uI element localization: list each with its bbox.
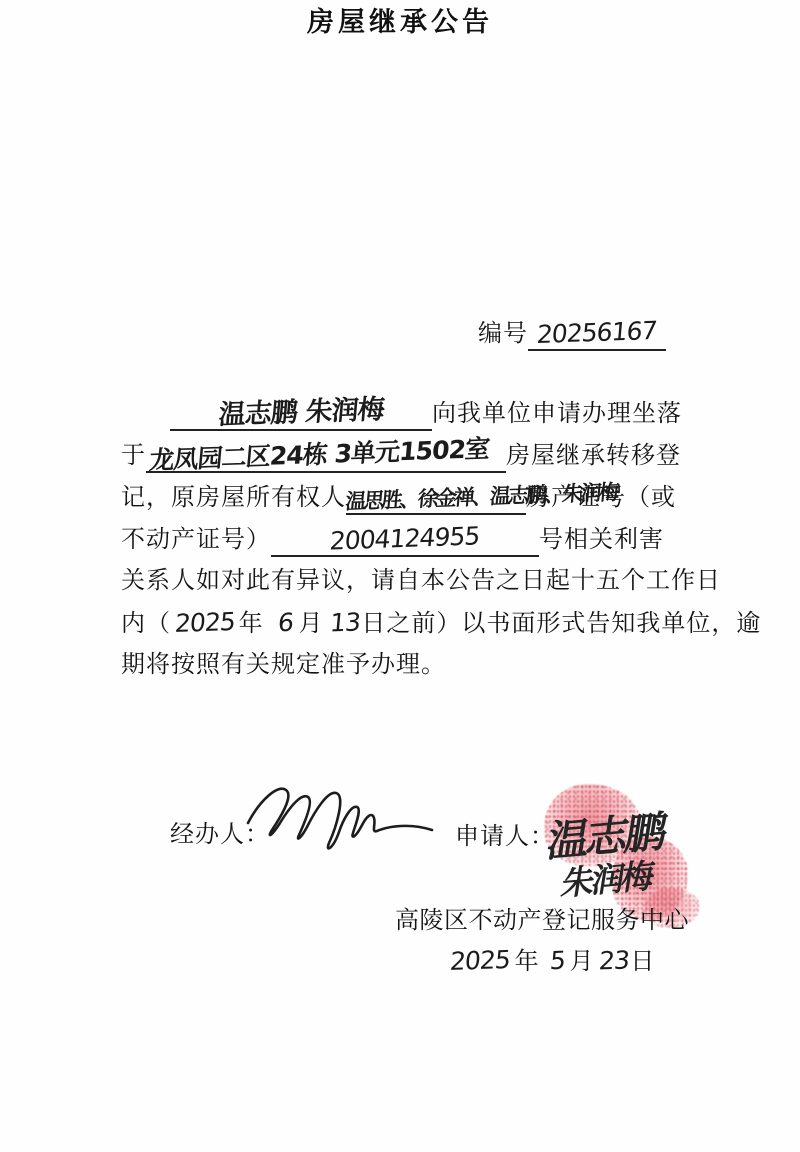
deadline-year-unit: 年 (239, 610, 264, 637)
scanned-document-page: 房屋继承公告 编号20256167 温志鹏 朱润梅向我单位申请办理坐落 于龙凤园… (0, 0, 800, 1152)
applicants-handwritten-names: 温志鹏 朱润梅 (217, 393, 385, 433)
cert-no-blank-field: 2004124955 (271, 522, 539, 557)
applicant-signature-2: 朱润梅 (558, 850, 655, 906)
deadline-month-unit: 月 (299, 610, 324, 637)
date-month-handwritten: 5 (548, 944, 566, 978)
date-year-handwritten: 2025 (448, 943, 511, 979)
owners-handwritten-names: 温思胜、徐金禅、温志鹏、朱润梅 (344, 475, 618, 518)
body-line1-text: 向我单位申请办理坐落 (432, 400, 682, 427)
cert-no-handwritten-value: 2004124955 (329, 519, 482, 558)
applicants-blank-field: 温志鹏 朱润梅 (170, 396, 432, 431)
body-line6-pre: 内（ (121, 610, 171, 637)
date-day-unit: 日 (630, 948, 655, 975)
body-line3-pre: 记，原房屋所有权人 (121, 484, 346, 511)
body-line2-pre: 于 (121, 442, 146, 469)
number-handwritten-value: 20256167 (536, 314, 659, 352)
number-label: 编号 (478, 320, 528, 347)
body-line2-text: 房屋继承转移登 (506, 442, 681, 469)
applicant-label: 申请人： (455, 820, 555, 854)
date-day-handwritten: 23 (597, 943, 630, 978)
body-line5-text: 关系人如对此有异议，请自本公告之日起十五个工作日 (121, 564, 721, 598)
address-handwritten-value: 龙凤园二区24栋 3单元1502室 (148, 432, 491, 478)
date-month-unit: 月 (570, 948, 595, 975)
deadline-year-handwritten: 2025 (173, 605, 236, 641)
number-blank-field: 20256167 (528, 316, 666, 351)
org-name: 高陵区不动产登记服务中心 (395, 904, 689, 938)
body-line6-text: 日之前）以书面形式告知我单位，逾 (361, 610, 761, 637)
deadline-day-handwritten: 13 (328, 605, 361, 640)
clerk-signature (242, 768, 437, 860)
address-blank-field: 龙凤园二区24栋 3单元1502室 (146, 438, 506, 473)
document-title: 房屋继承公告 (0, 0, 800, 39)
body-line7-text: 期将按照有关规定准予办理。 (121, 648, 446, 682)
date-year-unit: 年 (515, 948, 540, 975)
owners-blank-field: 温思胜、徐金禅、温志鹏、朱润梅 (346, 480, 526, 515)
body-line4-text: 号相关利害 (539, 526, 664, 553)
deadline-month-handwritten: 6 (276, 606, 294, 640)
body-line4-pre: 不动产证号） (121, 526, 271, 553)
